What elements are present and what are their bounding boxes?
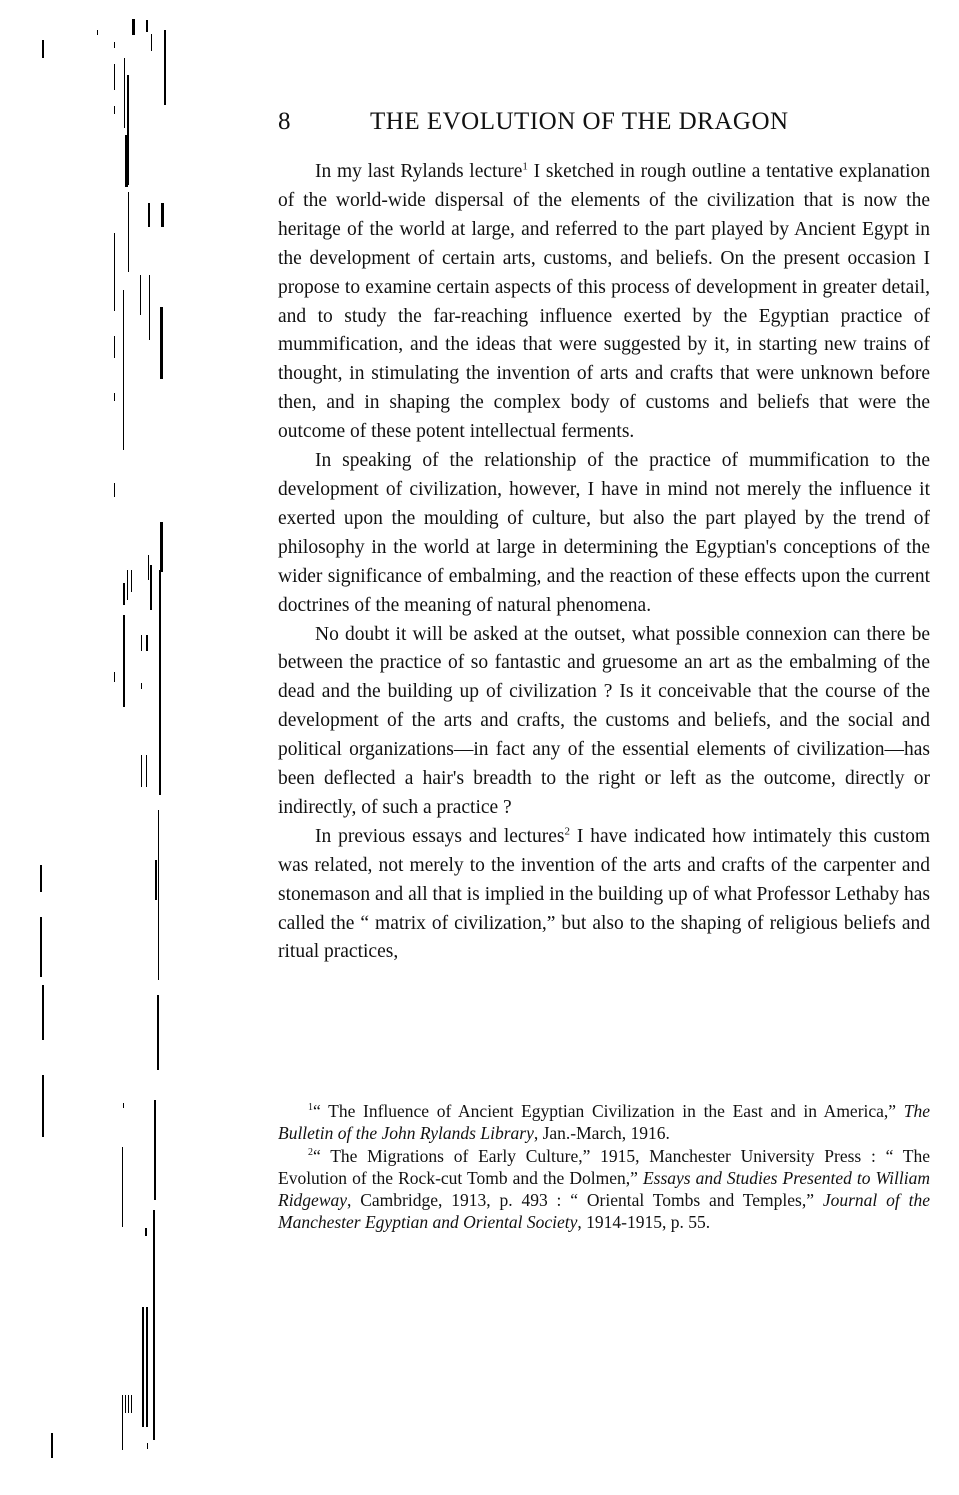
- scan-artifact-line: [154, 1100, 156, 1200]
- scan-artifact-line: [146, 635, 148, 651]
- scan-artifact-line: [114, 483, 115, 497]
- scan-artifact-line: [114, 64, 115, 90]
- scan-artifact-line: [127, 570, 128, 600]
- scan-artifact-line: [148, 555, 149, 580]
- scan-artifact-line: [123, 290, 124, 450]
- footnote-text: “ The Influence of Ancient Egyptian Civi…: [313, 1101, 904, 1121]
- paragraph: In speaking of the relationship of the p…: [278, 447, 930, 620]
- scan-artifact-line: [125, 1395, 126, 1413]
- paragraph-text: In my last Rylands lecture: [315, 161, 522, 182]
- scan-artifact-line: [131, 1395, 132, 1413]
- paragraph-text: In previous essays and lectures: [315, 826, 564, 847]
- scan-artifact-line: [146, 1307, 148, 1427]
- scan-artifact-line: [114, 393, 115, 401]
- scan-artifact-line: [123, 583, 125, 605]
- scan-artifact-line: [145, 1228, 147, 1236]
- page-number: 8: [278, 108, 370, 136]
- book-title: THE EVOLUTION OF THE DRAGON: [370, 108, 789, 135]
- paragraph: In previous essays and lectures2 I have …: [278, 823, 930, 968]
- scan-artifact-line: [114, 672, 115, 682]
- scan-artifact-line: [141, 635, 142, 651]
- scan-artifact-line: [140, 275, 141, 315]
- scan-artifact-line: [42, 1075, 44, 1137]
- scan-artifact-line: [160, 522, 163, 572]
- scan-artifact-line: [42, 40, 44, 58]
- scan-artifact-line: [128, 192, 129, 272]
- footnote-text: , Cambridge, 1913, p. 493 : “ Oriental T…: [347, 1190, 823, 1210]
- scan-artifact-line: [160, 307, 163, 379]
- scan-artifact-line: [146, 755, 147, 787]
- scan-artifact-line: [150, 565, 152, 610]
- scan-artifact-line: [142, 1307, 144, 1427]
- footnote-text: , Jan.-March, 1916.: [534, 1123, 670, 1143]
- scan-artifact-line: [159, 570, 161, 795]
- scan-artifact-line: [132, 19, 135, 35]
- scan-artifact-line: [125, 135, 128, 187]
- scan-artifact-line: [157, 995, 159, 1070]
- paragraph: In my last Rylands lecture1 I sketched i…: [278, 158, 930, 447]
- scan-artifact-line: [155, 860, 157, 900]
- scan-artifact-line: [151, 34, 152, 51]
- scan-artifact-line: [51, 1433, 53, 1458]
- scan-artifact-line: [114, 42, 115, 48]
- paragraph: No doubt it will be asked at the outset,…: [278, 621, 930, 823]
- footnote-text: , 1914-1915, p. 55.: [577, 1212, 710, 1232]
- scan-artifact-line: [123, 1103, 124, 1108]
- running-head: 8THE EVOLUTION OF THE DRAGON: [278, 108, 938, 136]
- scan-artifact-line: [42, 985, 44, 1040]
- scan-artifact-line: [141, 683, 142, 689]
- scan-artifact-line: [122, 1147, 123, 1227]
- scan-artifact-line: [141, 755, 142, 787]
- scanned-book-page: 8THE EVOLUTION OF THE DRAGON In my last …: [0, 0, 959, 1495]
- scan-artifact-line: [146, 20, 148, 32]
- scan-artifact-line: [147, 1443, 148, 1449]
- scan-artifact-line: [149, 275, 150, 340]
- scan-artifact-line: [97, 30, 98, 35]
- paragraph-text: I sketched in rough outline a tentative …: [278, 161, 930, 442]
- scan-artifact-line: [123, 615, 125, 707]
- scan-artifact-line: [153, 1210, 155, 1440]
- scan-artifact-line: [114, 233, 115, 311]
- scan-artifact-line: [131, 570, 132, 592]
- scan-artifact-line: [40, 865, 42, 892]
- scan-artifact-line: [158, 810, 159, 980]
- scan-artifact-line: [124, 58, 125, 128]
- footnotes: 1“ The Influence of Ancient Egyptian Civ…: [278, 1100, 930, 1234]
- scan-artifact-line: [122, 1395, 123, 1450]
- scan-artifact-line: [114, 336, 115, 358]
- body-text: In my last Rylands lecture1 I sketched i…: [278, 158, 930, 967]
- scan-artifact-line: [128, 1395, 129, 1413]
- scan-artifact-line: [161, 203, 164, 227]
- scan-artifact-line: [114, 106, 115, 114]
- footnote-2: 2“ The Migrations of Early Culture,” 191…: [278, 1145, 930, 1234]
- scan-artifact-line: [40, 917, 42, 977]
- scan-artifact-line: [164, 30, 166, 105]
- footnote-1: 1“ The Influence of Ancient Egyptian Civ…: [278, 1100, 930, 1145]
- scan-artifact-line: [148, 203, 150, 227]
